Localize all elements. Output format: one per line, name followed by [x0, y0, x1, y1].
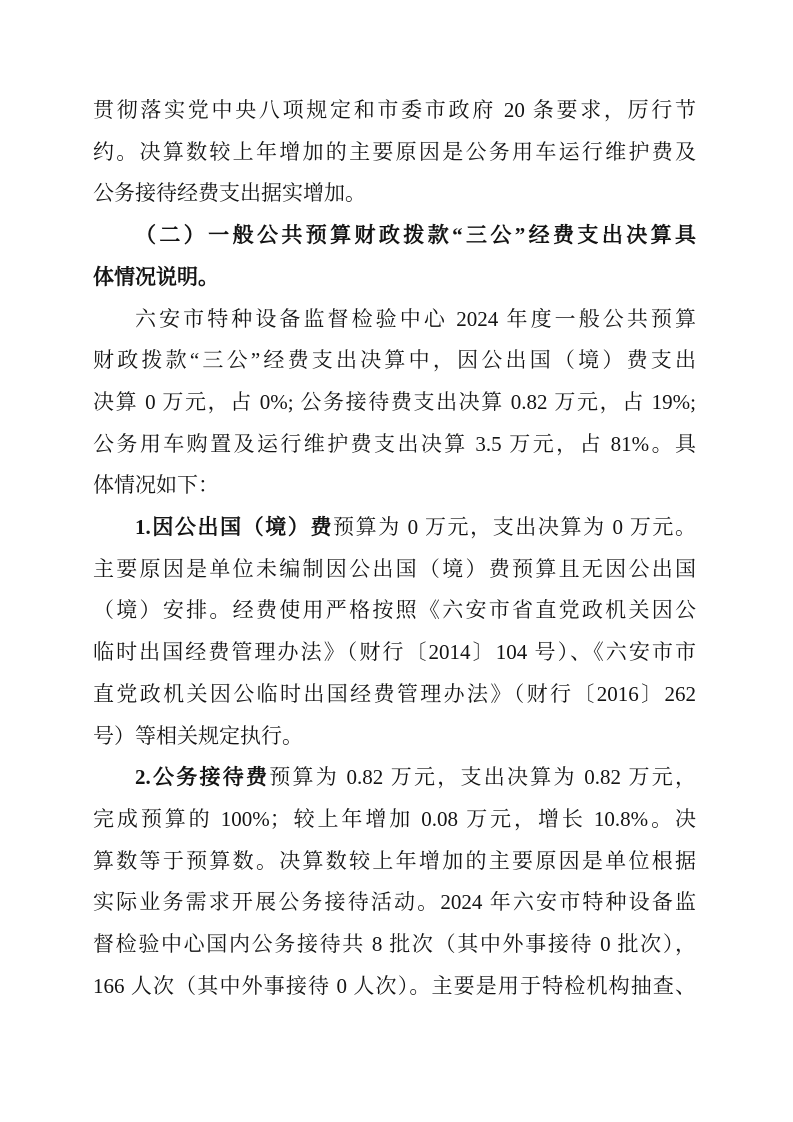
text-line: （境）安排。经费使用严格按照《六安市省直党政机关因公	[93, 590, 696, 632]
para-item-1-abroad-fee: 1.因公出国（境）费预算为 0 万元，支出决算为 0 万元。主要原因是单位未编制…	[93, 507, 696, 757]
text-run: 完成预算的 100%；较上年增加 0.08 万元，增长 10.8%。决	[93, 807, 696, 831]
text-line: 财政拨款“三公”经费支出决算中，因公出国（境）费支出	[93, 340, 696, 382]
text-line: （二）一般公共预算财政拨款“三公”经费支出决算具	[93, 215, 696, 257]
para-three-public-overview: 六安市特种设备监督检验中心 2024 年度一般公共预算财政拨款“三公”经费支出决…	[93, 299, 696, 508]
text-run: 决算 0 万元，占 0%; 公务接待费支出决算 0.82 万元，占 19%;	[93, 390, 696, 414]
text-run: 约。决算数较上年增加的主要原因是公务用车运行维护费及	[93, 140, 696, 164]
text-run: 直党政机关因公临时出国经费管理办法》（财行〔2016〕262	[93, 682, 696, 706]
text-run: 六安市特种设备监督检验中心 2024 年度一般公共预算	[135, 307, 696, 331]
text-line: 完成预算的 100%；较上年增加 0.08 万元，增长 10.8%。决	[93, 799, 696, 841]
text-run: 预算为 0 万元，支出决算为 0 万元。	[333, 515, 696, 539]
document-page: 贯彻落实党中央八项规定和市委市政府 20 条要求，厉行节约。决算数较上年增加的主…	[0, 0, 793, 1122]
text-run: 公务用车购置及运行维护费支出决算 3.5 万元，占 81%。具	[93, 432, 696, 456]
text-line: 公务用车购置及运行维护费支出决算 3.5 万元，占 81%。具	[93, 424, 696, 466]
text-run: 预算为 0.82 万元，支出决算为 0.82 万元，	[269, 765, 696, 789]
text-run: 督检验中心国内公务接待共 8 批次（其中外事接待 0 批次），	[93, 932, 696, 956]
text-run: 临时出国经费管理办法》（财行〔2014〕104 号）、《六安市市	[93, 640, 696, 664]
text-run: 财政拨款“三公”经费支出决算中，因公出国（境）费支出	[93, 348, 696, 372]
text-run: 主要原因是单位未编制因公出国（境）费预算且无因公出国	[93, 557, 696, 581]
text-line: 约。决算数较上年增加的主要原因是公务用车运行维护费及	[93, 132, 696, 174]
text-line: 1.因公出国（境）费预算为 0 万元，支出决算为 0 万元。	[93, 507, 696, 549]
text-line: 主要原因是单位未编制因公出国（境）费预算且无因公出国	[93, 549, 696, 591]
text-run: 贯彻落实党中央八项规定和市委市政府 20 条要求，厉行节	[93, 98, 696, 122]
bold-text-run: 体情况说明。	[93, 265, 219, 289]
text-line: 决算 0 万元，占 0%; 公务接待费支出决算 0.82 万元，占 19%;	[93, 382, 696, 424]
text-line: 直党政机关因公临时出国经费管理办法》（财行〔2016〕262	[93, 674, 696, 716]
text-run: 公务接待经费支出据实增加。	[93, 181, 366, 205]
bold-text-run: 2.公务接待费	[135, 765, 269, 789]
bold-text-run: 1.因公出国（境）费	[135, 515, 333, 539]
text-run: （境）安排。经费使用严格按照《六安市省直党政机关因公	[93, 598, 696, 622]
text-line: 算数等于预算数。决算数较上年增加的主要原因是单位根据	[93, 841, 696, 883]
bold-text-run: （二）一般公共预算财政拨款“三公”经费支出决算具	[135, 223, 696, 247]
text-line: 2.公务接待费预算为 0.82 万元，支出决算为 0.82 万元，	[93, 757, 696, 799]
text-line: 督检验中心国内公务接待共 8 批次（其中外事接待 0 批次），	[93, 924, 696, 966]
text-line: 公务接待经费支出据实增加。	[93, 173, 696, 215]
text-run: 算数等于预算数。决算数较上年增加的主要原因是单位根据	[93, 849, 696, 873]
text-line: 166 人次（其中外事接待 0 人次）。主要是用于特检机构抽查、	[93, 966, 696, 1008]
text-line: 体情况如下：	[93, 465, 696, 507]
text-run: 166 人次（其中外事接待 0 人次）。主要是用于特检机构抽查、	[93, 974, 696, 998]
text-run: 体情况如下：	[93, 473, 219, 497]
text-run: 号）等相关规定执行。	[93, 724, 303, 748]
para-item-2-reception-fee: 2.公务接待费预算为 0.82 万元，支出决算为 0.82 万元，完成预算的 1…	[93, 757, 696, 1007]
text-run: 实际业务需求开展公务接待活动。2024 年六安市特种设备监	[93, 890, 696, 914]
document-content: 贯彻落实党中央八项规定和市委市政府 20 条要求，厉行节约。决算数较上年增加的主…	[93, 90, 696, 1007]
heading-section-two: （二）一般公共预算财政拨款“三公”经费支出决算具体情况说明。	[93, 215, 696, 298]
text-line: 贯彻落实党中央八项规定和市委市政府 20 条要求，厉行节	[93, 90, 696, 132]
text-line: 实际业务需求开展公务接待活动。2024 年六安市特种设备监	[93, 882, 696, 924]
text-line: 体情况说明。	[93, 257, 696, 299]
text-line: 临时出国经费管理办法》（财行〔2014〕104 号）、《六安市市	[93, 632, 696, 674]
para-carryover-prev-section: 贯彻落实党中央八项规定和市委市政府 20 条要求，厉行节约。决算数较上年增加的主…	[93, 90, 696, 215]
text-line: 号）等相关规定执行。	[93, 716, 696, 758]
text-line: 六安市特种设备监督检验中心 2024 年度一般公共预算	[93, 299, 696, 341]
